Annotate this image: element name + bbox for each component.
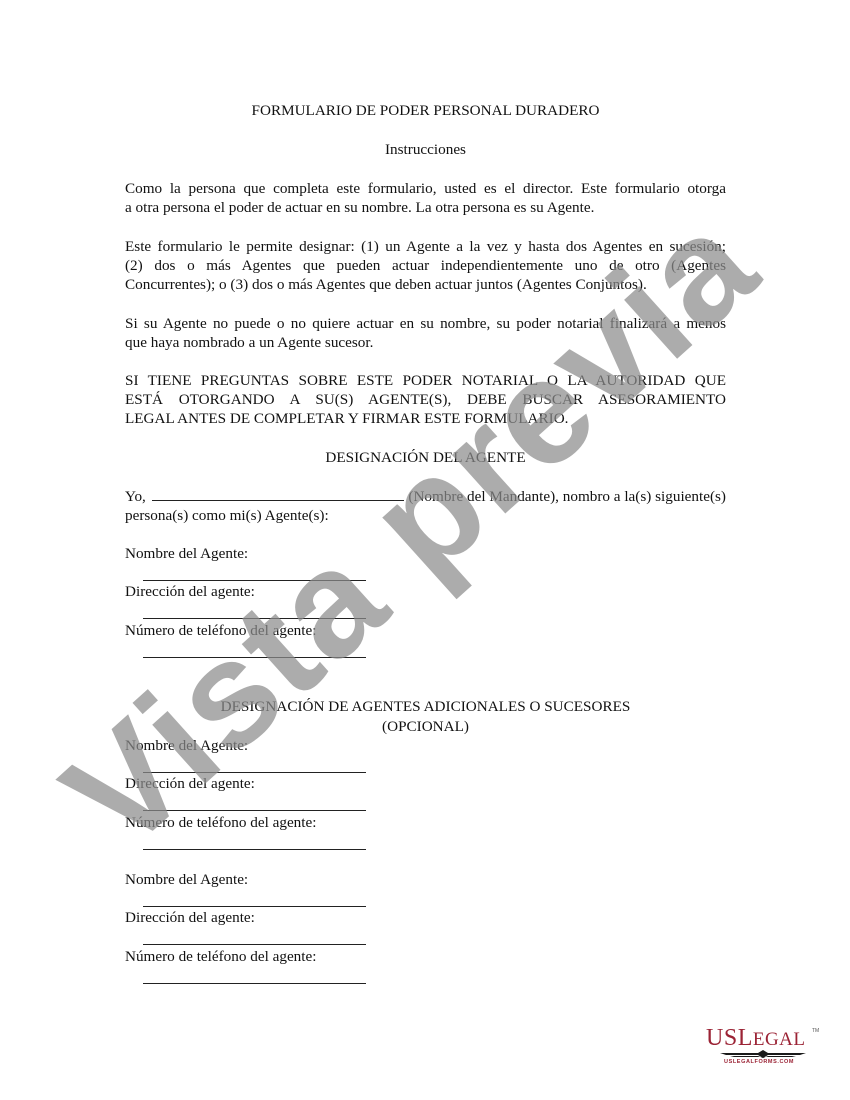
instructions-heading: Instrucciones xyxy=(125,140,726,159)
uslegal-logo[interactable]: USLEGAL TM USLEGALFORMS.COM xyxy=(706,1026,818,1068)
principal-continuation: persona(s) como mi(s) Agente(s): xyxy=(125,506,726,525)
principal-prefix: Yo, xyxy=(125,487,146,506)
agent-phone-label: Número de teléfono del agente: xyxy=(125,813,316,832)
agent-name-field[interactable] xyxy=(143,772,366,773)
agent-name-label: Nombre del Agente: xyxy=(125,544,248,563)
principal-name-field[interactable] xyxy=(152,487,404,501)
document-page: FORMULARIO DE PODER PERSONAL DURADERO In… xyxy=(0,0,850,1100)
additional-agents-heading: DESIGNACIÓN DE AGENTES ADICIONALES O SUC… xyxy=(125,697,726,716)
paragraph-line: SI TIENE PREGUNTAS SOBRE ESTE PODER NOTA… xyxy=(125,371,726,390)
paragraph-line: Concurrentes); o (3) dos o más Agentes q… xyxy=(125,275,726,294)
agent-phone-field[interactable] xyxy=(143,983,366,984)
paragraph-line: ESTÁ OTORGANDO A SU(S) AGENTE(S), DEBE B… xyxy=(125,390,726,409)
agent-name-label: Nombre del Agente: xyxy=(125,736,248,755)
agent-name-field[interactable] xyxy=(143,580,366,581)
paragraph-line: a otra persona el poder de actuar en su … xyxy=(125,198,726,217)
agent-phone-label: Número de teléfono del agente: xyxy=(125,947,316,966)
agent-address-label: Dirección del agente: xyxy=(125,908,255,927)
agent-address-label: Dirección del agente: xyxy=(125,774,255,793)
principal-suffix: (Nombre del Mandante), nombro a la(s) si… xyxy=(408,487,726,506)
principal-line: Yo, (Nombre del Mandante), nombro a la(s… xyxy=(125,487,726,506)
agent-designation-heading: DESIGNACIÓN DEL AGENTE xyxy=(125,448,726,467)
agent-name-label: Nombre del Agente: xyxy=(125,870,248,889)
document-title: FORMULARIO DE PODER PERSONAL DURADERO xyxy=(125,101,726,120)
logo-wordmark: USLEGAL xyxy=(706,1026,806,1052)
agent-address-field[interactable] xyxy=(143,944,366,945)
agent-address-label: Dirección del agente: xyxy=(125,582,255,601)
eagle-wings-icon xyxy=(720,1050,806,1058)
agent-address-field[interactable] xyxy=(143,618,366,619)
paragraph-line: que haya nombrado a un Agente sucesor. xyxy=(125,333,726,352)
logo-url: USLEGALFORMS.COM xyxy=(724,1059,794,1065)
agent-phone-field[interactable] xyxy=(143,657,366,658)
paragraph-line: Como la persona que completa este formul… xyxy=(125,179,726,198)
agent-phone-field[interactable] xyxy=(143,849,366,850)
additional-agents-optional: (OPCIONAL) xyxy=(125,717,726,736)
agent-name-field[interactable] xyxy=(143,906,366,907)
trademark-symbol: TM xyxy=(812,1028,819,1034)
paragraph-line: (2) dos o más Agentes que pueden actuar … xyxy=(125,256,726,275)
agent-address-field[interactable] xyxy=(143,810,366,811)
paragraph-line: Este formulario le permite designar: (1)… xyxy=(125,237,726,256)
paragraph-line: LEGAL ANTES DE COMPLETAR Y FIRMAR ESTE F… xyxy=(125,409,726,428)
paragraph-line: Si su Agente no puede o no quiere actuar… xyxy=(125,314,726,333)
agent-phone-label: Número de teléfono del agente: xyxy=(125,621,316,640)
